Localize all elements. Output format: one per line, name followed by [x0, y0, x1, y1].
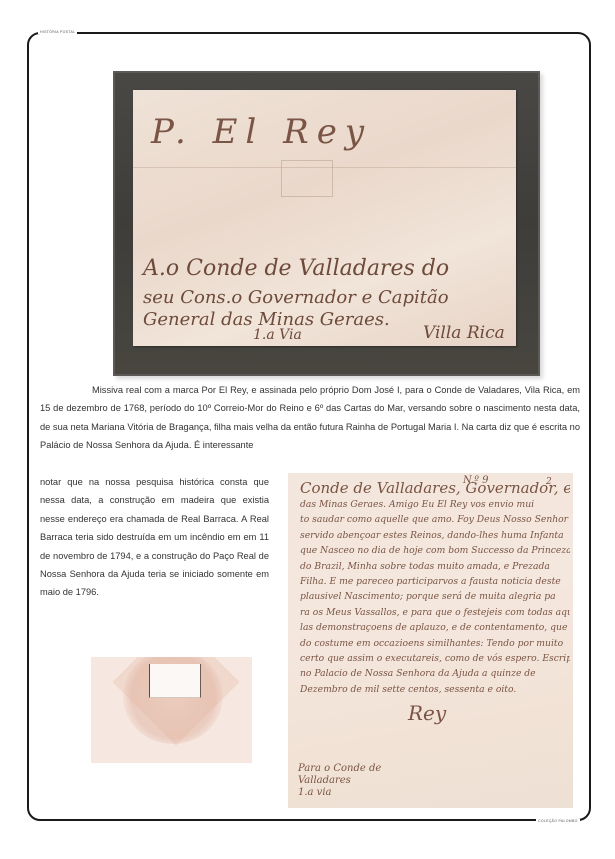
letter-line: das Minas Geraes. Amigo Eu El Rey vos en… — [300, 497, 570, 512]
letter-line: Conde de Valladares, Governador, e Capit… — [300, 479, 570, 497]
seal-image — [91, 657, 252, 763]
letter-line: do costume em occazioens similhantes: Te… — [300, 636, 570, 651]
letter-line: que Nasceo no dia de hoje com bom Succes… — [300, 543, 570, 558]
frame-label-top: HISTÓRIA POSTAL — [38, 30, 77, 34]
letter-line: Dezembro de mil sette centos, sessenta e… — [300, 682, 570, 697]
envelope-image: P. El Rey A.o Conde de Valladares do seu… — [113, 71, 540, 376]
envelope-destination: Villa Rica — [423, 323, 505, 343]
seal-paper-fragment — [149, 664, 201, 698]
letter-line: plausivel Nascimento; porque será de mui… — [300, 589, 570, 604]
letter-image: N.º 9 2 Conde de Valladares, Governador,… — [288, 473, 573, 808]
letter-line: ra os Meus Vassallos, e para que o feste… — [300, 605, 570, 620]
description-paragraph-continued: notar que na nossa pesquisa histórica co… — [40, 473, 269, 602]
envelope-via-mark: 1.a Via — [253, 327, 302, 343]
frame-label-bottom: COLEÇÃO PALOMBO — [536, 819, 580, 823]
envelope-por-el-rey-mark: P. El Rey — [151, 112, 372, 152]
envelope-sheet: P. El Rey A.o Conde de Valladares do seu… — [133, 90, 516, 346]
description-paragraph: Missiva real com a marca Por El Rey, e a… — [40, 381, 580, 455]
letter-line: las demonstraçoens de aplauzo, e de cont… — [300, 620, 570, 635]
letter-line: do Brazil, Minha sobre todas muito amada… — [300, 559, 570, 574]
envelope-address-line: A.o Conde de Valladares do — [143, 256, 449, 281]
description-text: Missiva real com a marca Por El Rey, e a… — [40, 385, 580, 450]
letter-line: to saudar como aquelle que amo. Foy Deus… — [300, 512, 570, 527]
letter-line: certo que assim o executareis, como de v… — [300, 651, 570, 666]
letter-address: Para o Conde de Valladares 1.a via — [298, 763, 381, 799]
letter-body: Conde de Valladares, Governador, e Capit… — [300, 479, 570, 697]
letter-signature: Rey — [408, 701, 446, 725]
letter-line: Filha. E me pareceo participarvos a faus… — [300, 574, 570, 589]
envelope-seal-window — [281, 160, 333, 197]
letter-line: servido abençoar estes Reinos, dando-lhe… — [300, 528, 570, 543]
envelope-address-line: seu Cons.o Governador e Capitão — [143, 287, 449, 308]
letter-line: no Palacio de Nossa Senhora da Ajuda a q… — [300, 666, 570, 681]
